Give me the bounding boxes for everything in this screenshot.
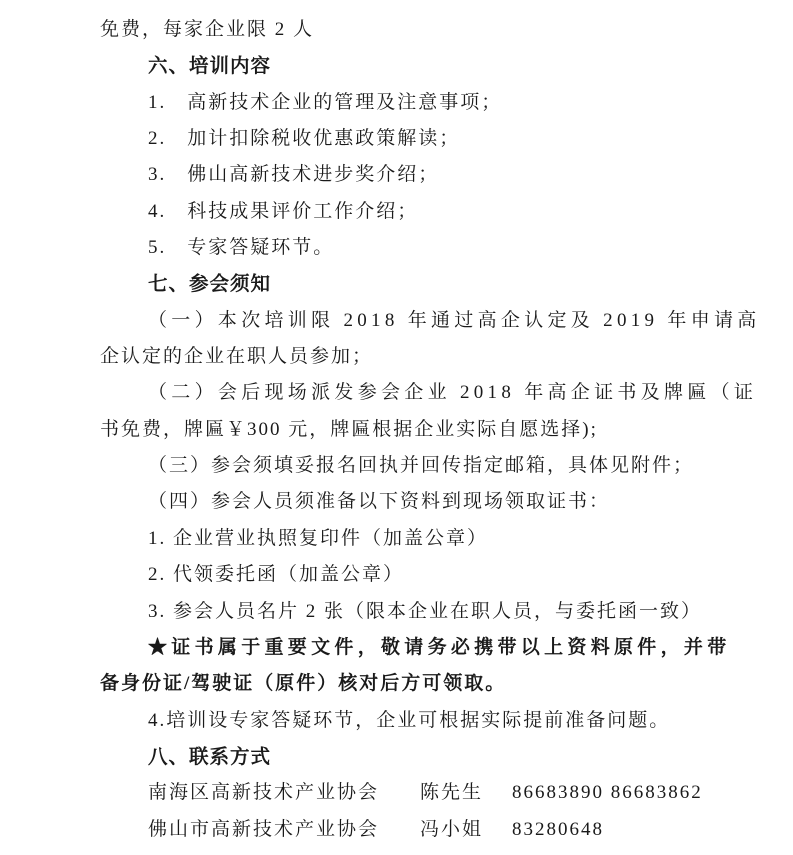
training-item: 1. 高新技术企业的管理及注意事项； — [100, 85, 712, 121]
material-item: 3. 参会人员名片 2 张（限本企业在职人员，与委托函一致） — [100, 594, 712, 630]
notice-note-4: 4.培训设专家答疑环节，企业可根据实际提前准备问题。 — [100, 703, 712, 739]
section-heading-contact: 八、联系方式 — [100, 739, 712, 775]
notice-paragraph-2-line-2: 书免费，牌匾￥300 元，牌匾根据企业实际自愿选择); — [100, 412, 712, 448]
notice-paragraph-2-line-1: （二）会后现场派发参会企业 2018 年高企证书及牌匾（证 — [100, 375, 712, 411]
warning-line-1: ★证书属于重要文件，敬请务必携带以上资料原件，并带 — [100, 630, 712, 666]
material-item: 2. 代领委托函（加盖公章） — [100, 557, 712, 593]
warning-line-2: 备身份证/驾驶证（原件）核对后方可领取。 — [100, 666, 712, 702]
contact-organization: 佛山市高新技术产业协会 — [148, 812, 420, 848]
contact-person: 冯小姐 — [420, 812, 512, 848]
training-item: 5. 专家答疑环节。 — [100, 230, 712, 266]
contact-person: 陈先生 — [420, 775, 512, 811]
notice-paragraph-3: （三）参会须填妥报名回执并回传指定邮箱，具体见附件； — [100, 448, 712, 484]
notice-paragraph-4: （四）参会人员须准备以下资料到现场领取证书： — [100, 484, 712, 520]
contact-row: 南海区高新技术产业协会 陈先生 86683890 86683862 — [100, 775, 712, 811]
notice-paragraph-1-line-1: （一）本次培训限 2018 年通过高企认定及 2019 年申请高 — [100, 303, 712, 339]
training-item: 2. 加计扣除税收优惠政策解读； — [100, 121, 712, 157]
document-body: 免费，每家企业限 2 人 六、培训内容 1. 高新技术企业的管理及注意事项； 2… — [100, 12, 712, 848]
notice-paragraph-1-line-2: 企认定的企业在职人员参加； — [100, 339, 712, 375]
section-heading-notice: 七、参会须知 — [100, 266, 712, 302]
contact-row: 佛山市高新技术产业协会 冯小姐 83280648 — [100, 812, 712, 848]
training-item: 3. 佛山高新技术进步奖介绍； — [100, 157, 712, 193]
training-item: 4. 科技成果评价工作介绍； — [100, 194, 712, 230]
section-heading-training: 六、培训内容 — [100, 48, 712, 84]
contact-organization: 南海区高新技术产业协会 — [148, 775, 420, 811]
contact-phone-numbers: 86683890 86683862 — [512, 775, 712, 811]
document-page: 免费，每家企业限 2 人 六、培训内容 1. 高新技术企业的管理及注意事项； 2… — [0, 0, 793, 855]
material-item: 1. 企业营业执照复印件（加盖公章） — [100, 521, 712, 557]
paragraph-continuation-line: 免费，每家企业限 2 人 — [100, 12, 712, 48]
contact-phone-numbers: 83280648 — [512, 812, 712, 848]
